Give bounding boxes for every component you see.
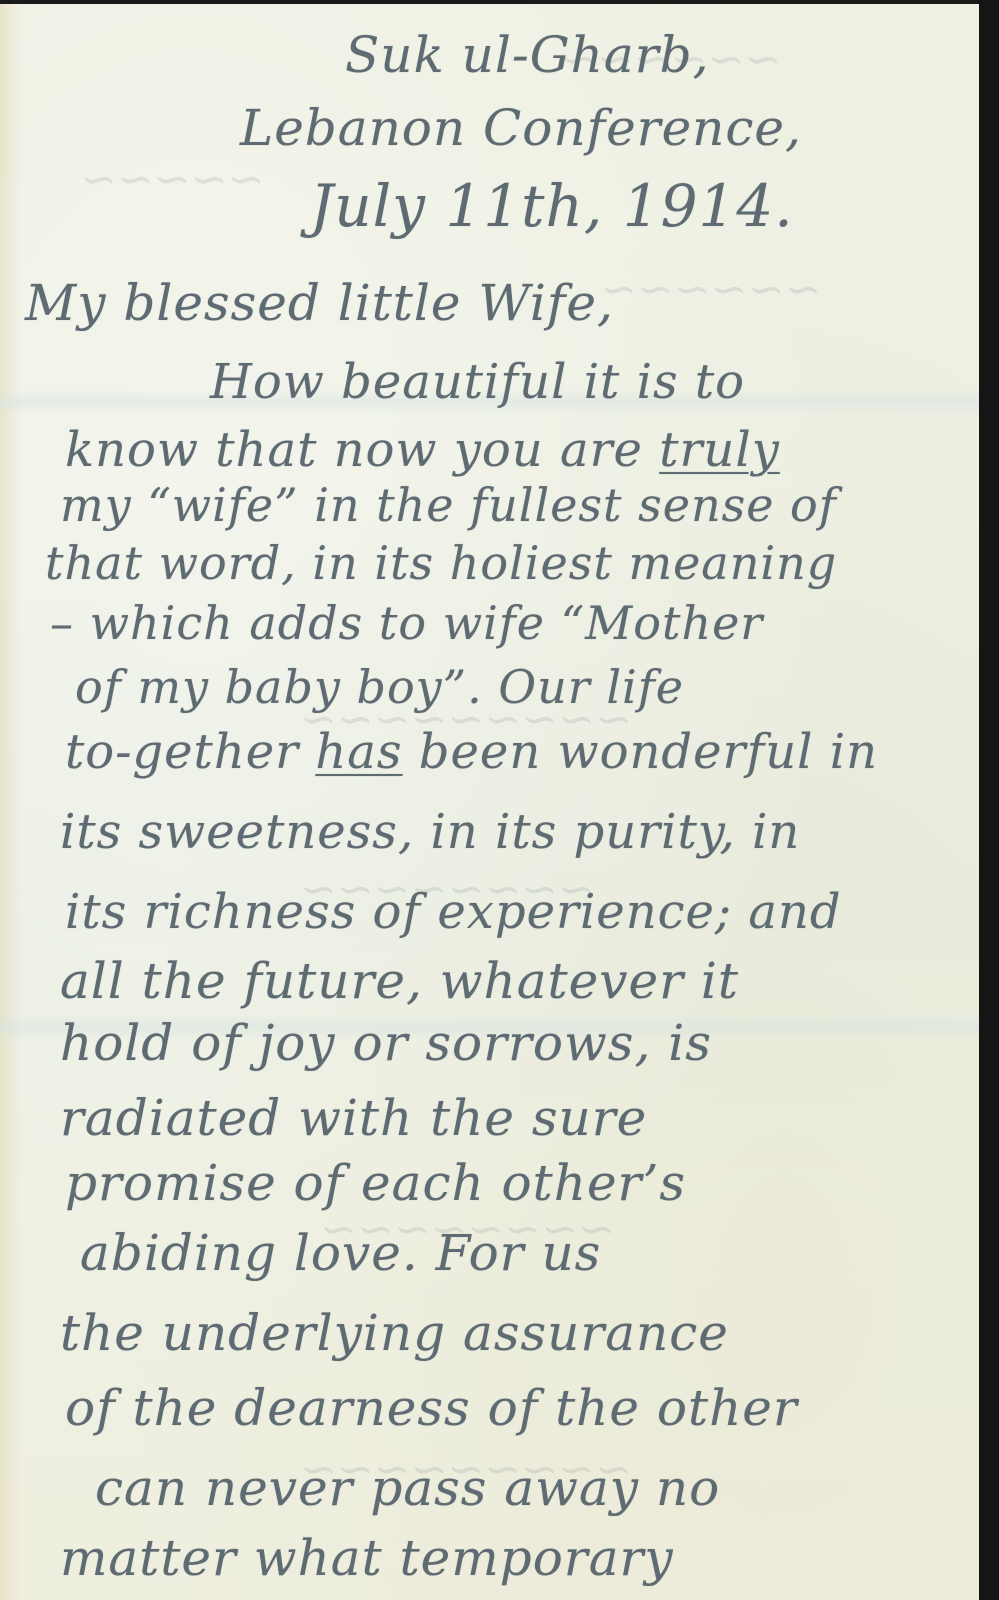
body-line-17: can never pass away no: [95, 1459, 720, 1517]
underlined-word: has: [315, 724, 402, 780]
body-line-4: that word, in its holiest meaning: [45, 536, 837, 590]
body-line-7: to-gether has been wonderful in: [65, 724, 878, 780]
body-line-16: of the dearness of the other: [65, 1379, 798, 1437]
body-line-8: its sweetness, in its purity, in: [60, 804, 800, 860]
body-line-18: matter what temporary: [60, 1529, 674, 1587]
body-line-15: the underlying assurance: [60, 1304, 729, 1362]
show-through-text: ~~~~~: [80, 154, 264, 205]
body-line-11: hold of joy or sorrows, is: [60, 1014, 712, 1072]
salutation: My blessed little Wife,: [25, 274, 614, 332]
scan-border-right: [979, 0, 999, 1600]
body-line-3: my “wife” in the fullest sense of: [60, 478, 837, 532]
letter-conference: Lebanon Conference,: [240, 99, 802, 157]
show-through-text: ~~~~~~: [600, 264, 821, 315]
body-line-1: How beautiful it is to: [210, 354, 745, 410]
letter-date: July 11th, 1914.: [310, 172, 794, 240]
body-line-6: of my baby boy”. Our life: [75, 660, 684, 714]
letter-place: Suk ul-Gharb,: [345, 26, 710, 84]
body-line-10: all the future, whatever it: [60, 952, 739, 1010]
body-line-2: know that now you are truly: [65, 422, 780, 478]
underlined-word: truly: [659, 422, 780, 478]
body-line-14: abiding love. For us: [80, 1224, 601, 1282]
body-line-2-text: know that now you are truly: [65, 422, 780, 478]
body-line-12: radiated with the sure: [60, 1089, 647, 1147]
body-line-9: its richness of experience; and: [65, 884, 842, 940]
body-line-13: promise of each other’s: [65, 1154, 686, 1212]
body-line-5: – which adds to wife “Mother: [50, 596, 763, 650]
letter-page: ~~~~~~ ~~~~~ ~~~~~~ ~~~~~~~~~ ~~~~~~~~ ~…: [0, 4, 979, 1600]
